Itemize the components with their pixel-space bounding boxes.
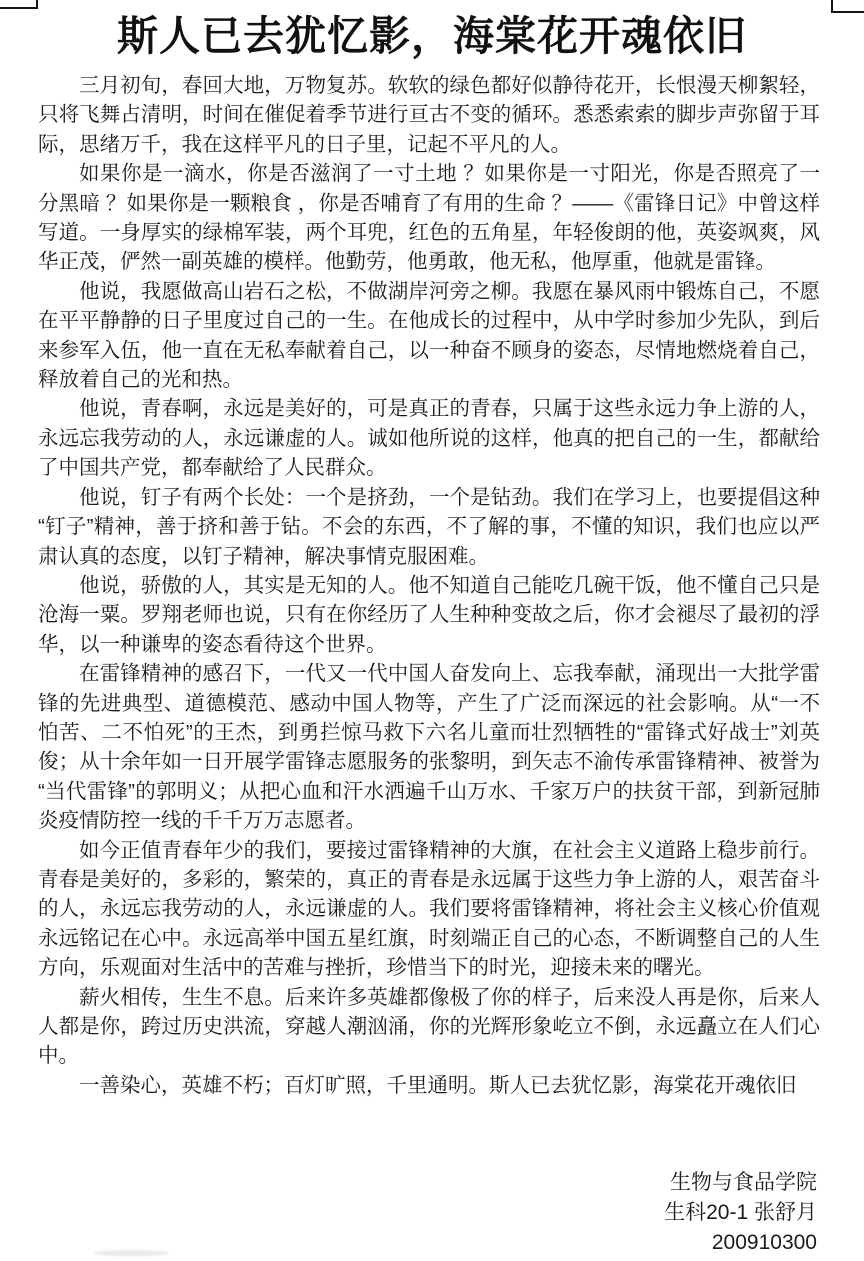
essay-paragraph: 如今正值青春年少的我们，要接过雷锋精神的大旗，在社会主义道路上稳步前行。青春是美… — [38, 836, 820, 983]
scan-border-corner-top-left — [0, 0, 38, 9]
scan-smudge — [93, 1250, 169, 1256]
essay-paragraph: 如果你是一滴水，你是否滋润了一寸土地 ？如果你是一寸阳光，你是否照亮了一分黑暗 … — [38, 159, 820, 277]
essay-paragraph: 他说，钉子有两个长处：一个是挤劲，一个是钻劲。我们在学习上，也要提倡这种“钉子”… — [38, 483, 820, 571]
essay-paragraph: 他说，骄傲的人，其实是无知的人。他不知道自己能吃几碗干饭，他不懂自己只是沧海一粟… — [38, 571, 820, 659]
scan-border-corner-top-right — [831, 0, 864, 13]
essay-paragraph: 在雷锋精神的感召下，一代又一代中国人奋发向上、忘我奉献，涌现出一大批学雷锋的先进… — [38, 659, 820, 835]
signature-block: 生物与食品学院 生科20-1 张舒月 200910300 — [664, 1168, 817, 1258]
essay-body: 三月初旬，春回大地，万物复苏。软软的绿色都好似静待花开，长恨漫天柳絮轻，只将飞舞… — [0, 60, 864, 1100]
signature-class-and-name: 生科20-1 张舒月 — [664, 1198, 817, 1228]
essay-paragraph: 一善染心，英雄不朽；百灯旷照，千里通明。斯人已去犹忆影，海棠花开魂依旧 — [38, 1071, 820, 1100]
signature-college: 生物与食品学院 — [664, 1168, 817, 1198]
essay-paragraph: 他说，青春啊，永远是美好的，可是真正的青春，只属于这些永远力争上游的人，永远忘我… — [38, 394, 820, 482]
document-page: 斯人已去犹忆影，海棠花开魂依旧 三月初旬，春回大地，万物复苏。软软的绿色都好似静… — [0, 0, 864, 1261]
essay-title: 斯人已去犹忆影，海棠花开魂依旧 — [0, 0, 864, 60]
essay-paragraph: 三月初旬，春回大地，万物复苏。软软的绿色都好似静待花开，长恨漫天柳絮轻，只将飞舞… — [38, 71, 820, 159]
essay-paragraph: 他说，我愿做高山岩石之松，不做湖岸河旁之柳。我愿在暴风雨中锻炼自己，不愿在平平静… — [38, 277, 820, 395]
signature-student-id: 200910300 — [664, 1228, 817, 1258]
essay-paragraph: 薪火相传，生生不息。后来许多英雄都像极了你的样子，后来没人再是你，后来人人都是你… — [38, 983, 820, 1071]
